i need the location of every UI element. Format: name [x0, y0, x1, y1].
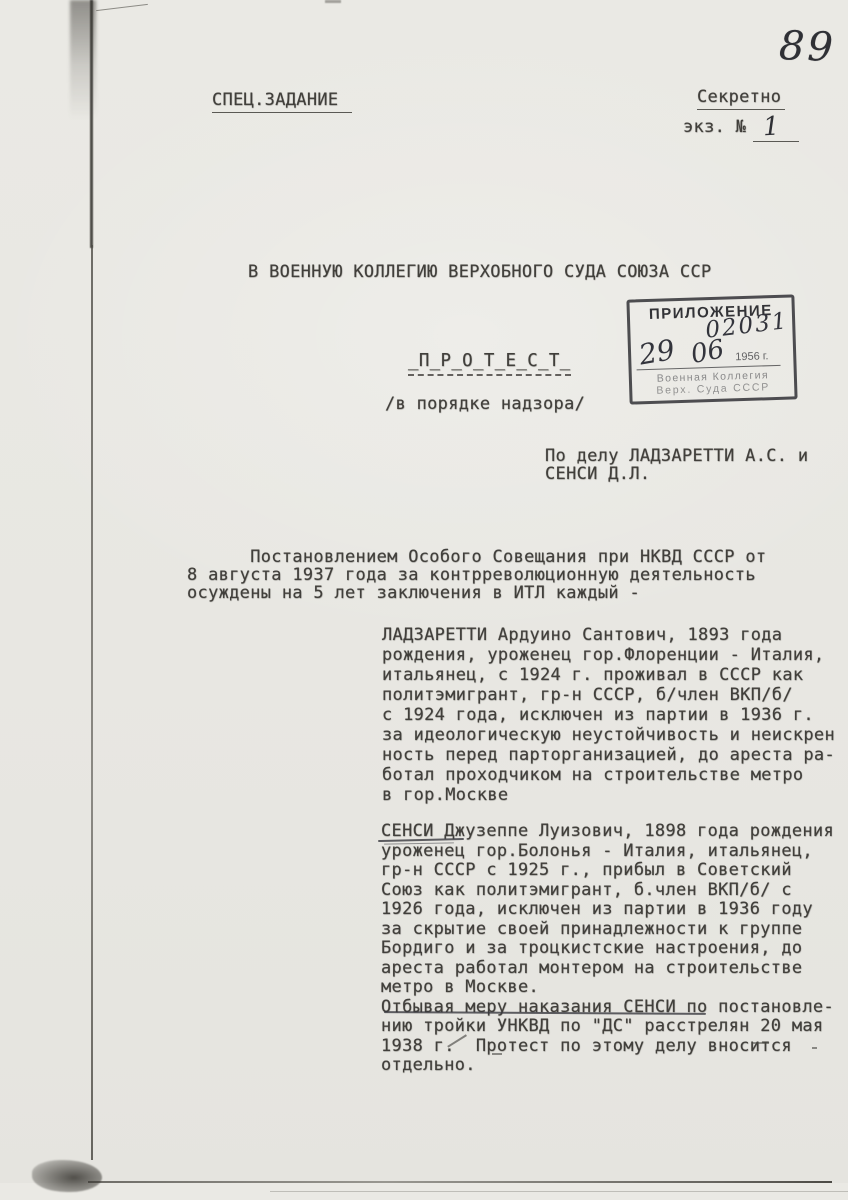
pencil-dash-mark [492, 1053, 502, 1055]
scan-speck [325, 0, 341, 3]
stamp-date-day-handwritten: 29 [637, 333, 678, 372]
paper-bottom-edge [88, 1181, 832, 1183]
case-reference: По делу ЛАДЗАРЕТТИ А.С. и СЕНСИ Д.Л. [545, 448, 808, 483]
document-subtitle: /в порядке надзора/ [385, 394, 585, 414]
pencil-dash-mark-right [752, 1042, 769, 1044]
intro-paragraph: Постановлением Особого Совещания при НКВ… [187, 548, 766, 602]
paper-bottom-edge-faint [270, 1191, 848, 1192]
scanned-document: { "colors": { "paper": "#e8e7e2", "typew… [0, 0, 848, 1200]
copy-number-handwritten: 1 [762, 112, 780, 143]
pencil-dot-mark [812, 1047, 817, 1049]
paper-fold-line-top [90, 0, 93, 248]
paper-fold-line [91, 245, 93, 1160]
copy-number-label: экз. № [683, 117, 746, 137]
document-page: 89 СПЕЦ.ЗАДАНИЕ Секретно экз. № 1 В ВОЕН… [0, 0, 848, 1200]
spec-task-label: СПЕЦ.ЗАДАНИЕ [212, 90, 352, 110]
secrecy-text: Секретно [697, 87, 785, 110]
addressee-line: В ВОЕННУЮ КОЛЛЕГИЮ ВЕРХОБНОГО СУДА СОЮЗА… [248, 262, 712, 282]
document-title: _П_Р_О_Т_Е_С_Т_ [408, 351, 571, 371]
document-title-text: _П_Р_О_Т_Е_С_Т_ [408, 351, 571, 376]
paper-crease-line [96, 4, 148, 11]
stamp-date-year: 1956 г. [735, 350, 769, 363]
secrecy-label: Секретно [697, 87, 785, 107]
stamp-date-month-handwritten: 06 [689, 334, 727, 370]
ladzaretti-paragraph: ЛАДЗАРЕТТИ Ардуино Сантович, 1893 года р… [382, 625, 835, 805]
attachment-stamp: ПРИЛОЖЕНИЕ 02031 29 06 1956 г. Военная К… [626, 294, 797, 404]
ink-smudge-bottom-left [32, 1160, 102, 1192]
sensi-paragraph: СЕНСИ Джузеппе Луизович, 1898 года рожде… [381, 822, 834, 1076]
page-number-handwritten: 89 [778, 23, 836, 71]
spec-task-text: СПЕЦ.ЗАДАНИЕ [212, 90, 352, 113]
